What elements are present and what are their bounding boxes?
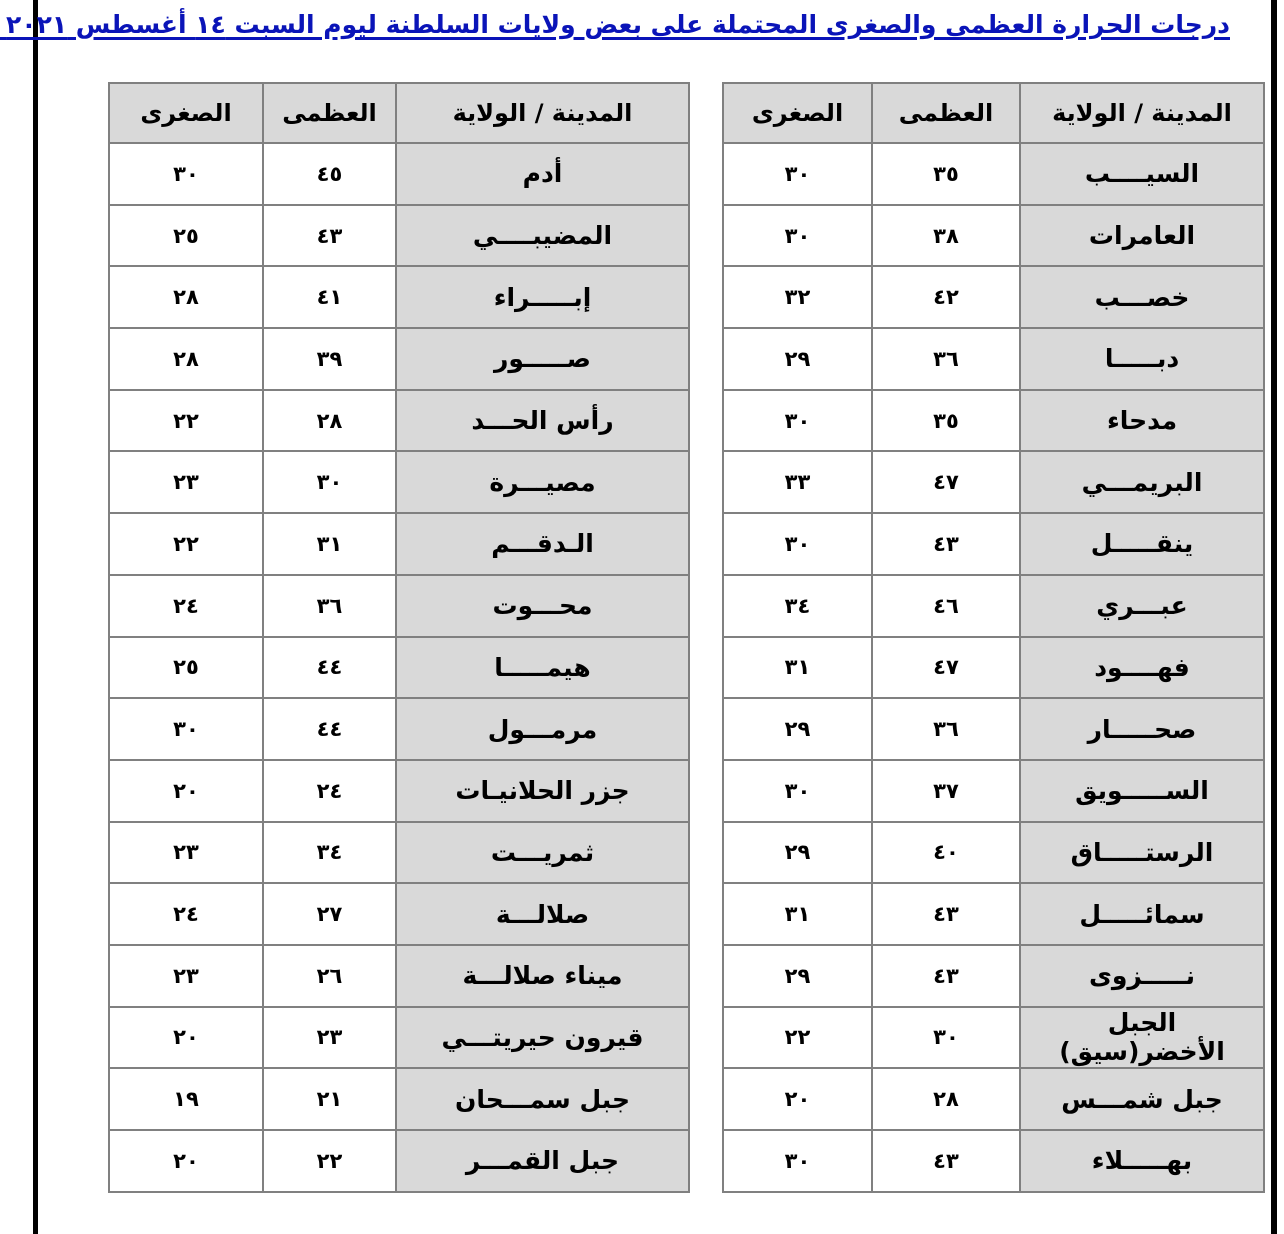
cell-city: جبل شمـــس [1020, 1068, 1264, 1130]
cell-min: ٣٠ [723, 760, 872, 822]
cell-max: ٤٢ [872, 266, 1020, 328]
cell-min: ٢٩ [723, 698, 872, 760]
cell-city: هيمـــــا [396, 637, 689, 699]
cell-min: ٢٨ [109, 328, 263, 390]
cell-city: مرمـــول [396, 698, 689, 760]
cell-min: ٢٤ [109, 575, 263, 637]
cell-max: ٣٥ [872, 143, 1020, 205]
cell-min: ٢٩ [723, 945, 872, 1007]
cell-max: ٣٠ [263, 451, 396, 513]
header-min: الصغرى [723, 83, 872, 143]
cell-min: ٣٠ [109, 143, 263, 205]
cell-city: صلالـــة [396, 883, 689, 945]
cell-min: ٢٢ [109, 513, 263, 575]
cell-min: ٢٥ [109, 637, 263, 699]
table-row: أدم٤٥٣٠ [109, 143, 689, 205]
cell-max: ٤٣ [872, 945, 1020, 1007]
cell-max: ٤٣ [872, 1130, 1020, 1192]
cell-min: ٢٠ [109, 1007, 263, 1069]
cell-city: نـــــزوى [1020, 945, 1264, 1007]
cell-max: ٣٨ [872, 205, 1020, 267]
cell-city: العامرات [1020, 205, 1264, 267]
cell-max: ٤٣ [263, 205, 396, 267]
cell-max: ٤٤ [263, 698, 396, 760]
table-row: البريمـــي٤٧٣٣ [723, 451, 1264, 513]
cell-min: ٢٥ [109, 205, 263, 267]
cell-city: مدحاء [1020, 390, 1264, 452]
table-row: مرمـــول٤٤٣٠ [109, 698, 689, 760]
cell-city: عبـــري [1020, 575, 1264, 637]
table-row: جبل شمـــس٢٨٢٠ [723, 1068, 1264, 1130]
cell-min: ٢٣ [109, 945, 263, 1007]
cell-max: ٢١ [263, 1068, 396, 1130]
cell-max: ٣٤ [263, 822, 396, 884]
cell-min: ٣٠ [109, 698, 263, 760]
table-row: جبل القمـــر٢٢٢٠ [109, 1130, 689, 1192]
cell-min: ٢٣ [109, 822, 263, 884]
cell-min: ٣٠ [723, 513, 872, 575]
table-row: هيمـــــا٤٤٢٥ [109, 637, 689, 699]
header-city: المدينة / الولاية [396, 83, 689, 143]
table-row: بهـــــلاء٤٣٣٠ [723, 1130, 1264, 1192]
cell-city: بهـــــلاء [1020, 1130, 1264, 1192]
cell-city: مصيـــرة [396, 451, 689, 513]
cell-city: الجبل الأخضر(سيق) [1020, 1007, 1264, 1069]
page-border-left [33, 0, 38, 1234]
cell-max: ٣١ [263, 513, 396, 575]
cell-min: ٢٢ [723, 1007, 872, 1069]
table-row: نـــــزوى٤٣٢٩ [723, 945, 1264, 1007]
table-row: صحـــــار٣٦٢٩ [723, 698, 1264, 760]
cell-max: ٣٦ [263, 575, 396, 637]
cell-city: ينقـــــل [1020, 513, 1264, 575]
table-row: المضيبــــي٤٣٢٥ [109, 205, 689, 267]
cell-city: سمائـــــل [1020, 883, 1264, 945]
cell-max: ٣٦ [872, 328, 1020, 390]
temperature-table-right: المدينة / الولاية العظمى الصغرى السيــــ… [722, 82, 1265, 1193]
table-row: مصيـــرة٣٠٢٣ [109, 451, 689, 513]
cell-city: صـــــور [396, 328, 689, 390]
cell-max: ٤٣ [872, 513, 1020, 575]
table-row: محـــوت٣٦٢٤ [109, 575, 689, 637]
cell-city: السيــــب [1020, 143, 1264, 205]
table-row: سمائـــــل٤٣٣١ [723, 883, 1264, 945]
cell-min: ٢٢ [109, 390, 263, 452]
table-row: إبـــــراء٤١٢٨ [109, 266, 689, 328]
header-city: المدينة / الولاية [1020, 83, 1264, 143]
table-row: السيــــب٣٥٣٠ [723, 143, 1264, 205]
cell-city: محـــوت [396, 575, 689, 637]
page-border-right [1271, 0, 1277, 1234]
cell-city: الســـــويق [1020, 760, 1264, 822]
cell-city: الـدقـــم [396, 513, 689, 575]
table-row: صلالـــة٢٧٢٤ [109, 883, 689, 945]
cell-max: ٣٥ [872, 390, 1020, 452]
cell-city: الرستـــــاق [1020, 822, 1264, 884]
temperature-table-left: المدينة / الولاية العظمى الصغرى أدم٤٥٣٠ا… [108, 82, 690, 1193]
cell-min: ٣١ [723, 883, 872, 945]
table-row: الرستـــــاق٤٠٢٩ [723, 822, 1264, 884]
document-title: درجات الحرارة العظمى والصغرى المحتملة عل… [68, 8, 1230, 48]
cell-max: ٢٤ [263, 760, 396, 822]
cell-max: ٤٤ [263, 637, 396, 699]
cell-city: جزر الحلانيـات [396, 760, 689, 822]
table-header-row: المدينة / الولاية العظمى الصغرى [109, 83, 689, 143]
cell-min: ٢٠ [723, 1068, 872, 1130]
cell-min: ٣٠ [723, 390, 872, 452]
cell-city: إبـــــراء [396, 266, 689, 328]
cell-min: ٢٣ [109, 451, 263, 513]
table-row: قيرون حيريتـــي٢٣٢٠ [109, 1007, 689, 1069]
cell-min: ٢٠ [109, 760, 263, 822]
cell-city: رأس الحـــد [396, 390, 689, 452]
cell-min: ٣٠ [723, 143, 872, 205]
cell-city: فهــــود [1020, 637, 1264, 699]
cell-min: ٣٢ [723, 266, 872, 328]
header-max: العظمى [263, 83, 396, 143]
cell-max: ٢٨ [263, 390, 396, 452]
table-header-row: المدينة / الولاية العظمى الصغرى [723, 83, 1264, 143]
cell-min: ٢٩ [723, 822, 872, 884]
cell-city: جبل سمـــحان [396, 1068, 689, 1130]
cell-min: ٢٨ [109, 266, 263, 328]
cell-min: ٣٤ [723, 575, 872, 637]
table-row: صـــــور٣٩٢٨ [109, 328, 689, 390]
cell-max: ٢٨ [872, 1068, 1020, 1130]
cell-city: المضيبــــي [396, 205, 689, 267]
table-row: الـدقـــم٣١٢٢ [109, 513, 689, 575]
cell-city: خصـــب [1020, 266, 1264, 328]
cell-max: ٤١ [263, 266, 396, 328]
table-row: ثمريـــت٣٤٢٣ [109, 822, 689, 884]
cell-city: البريمـــي [1020, 451, 1264, 513]
table-row: جزر الحلانيـات٢٤٢٠ [109, 760, 689, 822]
table-row: الســـــويق٣٧٣٠ [723, 760, 1264, 822]
cell-max: ٢٧ [263, 883, 396, 945]
table-row: رأس الحـــد٢٨٢٢ [109, 390, 689, 452]
cell-max: ٤٣ [872, 883, 1020, 945]
cell-max: ٢٦ [263, 945, 396, 1007]
table-row: مدحاء٣٥٣٠ [723, 390, 1264, 452]
cell-max: ٢٣ [263, 1007, 396, 1069]
table-row: دبـــــا٣٦٢٩ [723, 328, 1264, 390]
header-max: العظمى [872, 83, 1020, 143]
table-row: الجبل الأخضر(سيق)٣٠٢٢ [723, 1007, 1264, 1069]
cell-min: ٢٠ [109, 1130, 263, 1192]
cell-city: ميناء صلالـــة [396, 945, 689, 1007]
cell-city: جبل القمـــر [396, 1130, 689, 1192]
cell-max: ٣٠ [872, 1007, 1020, 1069]
cell-max: ٣٧ [872, 760, 1020, 822]
cell-min: ٣١ [723, 637, 872, 699]
cell-min: ٣٣ [723, 451, 872, 513]
cell-city: أدم [396, 143, 689, 205]
cell-max: ٣٩ [263, 328, 396, 390]
cell-max: ٤٦ [872, 575, 1020, 637]
cell-max: ٢٢ [263, 1130, 396, 1192]
cell-min: ١٩ [109, 1068, 263, 1130]
cell-max: ٤٥ [263, 143, 396, 205]
cell-min: ٣٠ [723, 205, 872, 267]
cell-city: دبـــــا [1020, 328, 1264, 390]
table-row: عبـــري٤٦٣٤ [723, 575, 1264, 637]
cell-min: ٢٤ [109, 883, 263, 945]
cell-city: قيرون حيريتـــي [396, 1007, 689, 1069]
cell-max: ٤٧ [872, 637, 1020, 699]
header-min: الصغرى [109, 83, 263, 143]
cell-city: ثمريـــت [396, 822, 689, 884]
table-row: جبل سمـــحان٢١١٩ [109, 1068, 689, 1130]
table-row: ينقـــــل٤٣٣٠ [723, 513, 1264, 575]
cell-max: ٤٠ [872, 822, 1020, 884]
cell-max: ٤٧ [872, 451, 1020, 513]
cell-min: ٢٩ [723, 328, 872, 390]
table-row: خصـــب٤٢٣٢ [723, 266, 1264, 328]
table-row: العامرات٣٨٣٠ [723, 205, 1264, 267]
table-row: فهــــود٤٧٣١ [723, 637, 1264, 699]
table-row: ميناء صلالـــة٢٦٢٣ [109, 945, 689, 1007]
cell-max: ٣٦ [872, 698, 1020, 760]
cell-min: ٣٠ [723, 1130, 872, 1192]
cell-city: صحـــــار [1020, 698, 1264, 760]
